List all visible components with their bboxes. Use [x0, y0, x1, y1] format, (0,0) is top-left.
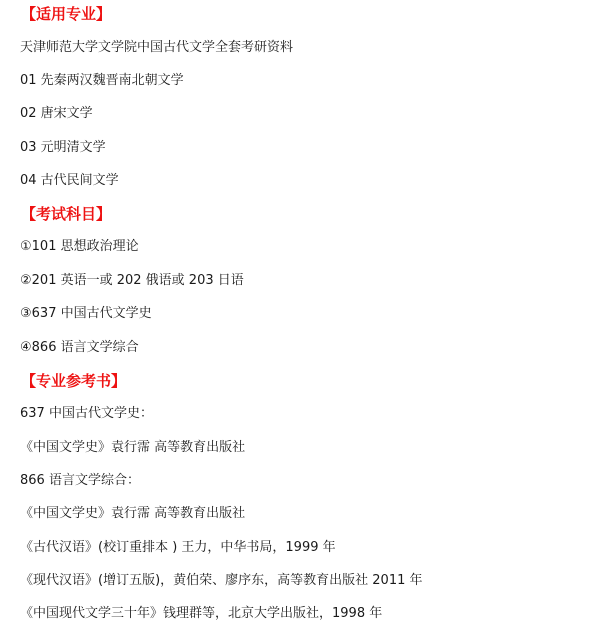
- book-item: 《中国文学史》袁行霈 高等教育出版社: [20, 502, 245, 526]
- section-heading-books: 【专业参考书】: [21, 369, 126, 393]
- exam-item: ②201 英语一或 202 俄语或 203 日语: [20, 269, 244, 293]
- exam-item: ④866 语言文学综合: [20, 336, 139, 360]
- book-subject: 637 中国古代文学史：: [20, 402, 153, 426]
- book-item: 《古代汉语》(校订重排本 ) 王力，中华书局，1999 年: [20, 536, 336, 560]
- exam-item: ③637 中国古代文学史: [20, 302, 152, 326]
- major-item: 04 古代民间文学: [20, 169, 119, 193]
- intro-text: 天津师范大学文学院中国古代文学全套考研资料: [20, 36, 293, 60]
- book-item: 《中国文学史》袁行霈 高等教育出版社: [20, 436, 245, 460]
- book-item: 《中国现代文学三十年》钱理群等，北京大学出版社，1998 年: [20, 602, 382, 626]
- major-item: 02 唐宋文学: [20, 102, 93, 126]
- book-subject: 866 语言文学综合：: [20, 469, 140, 493]
- section-heading-exams: 【考试科目】: [21, 202, 111, 226]
- section-heading-majors: 【适用专业】: [21, 2, 111, 26]
- exam-item: ①101 思想政治理论: [20, 235, 139, 259]
- book-item: 《现代汉语》(增订五版)，黄伯荣、廖序东，高等教育出版社 2011 年: [20, 569, 423, 593]
- major-item: 01 先秦两汉魏晋南北朝文学: [20, 69, 184, 93]
- major-item: 03 元明清文学: [20, 136, 106, 160]
